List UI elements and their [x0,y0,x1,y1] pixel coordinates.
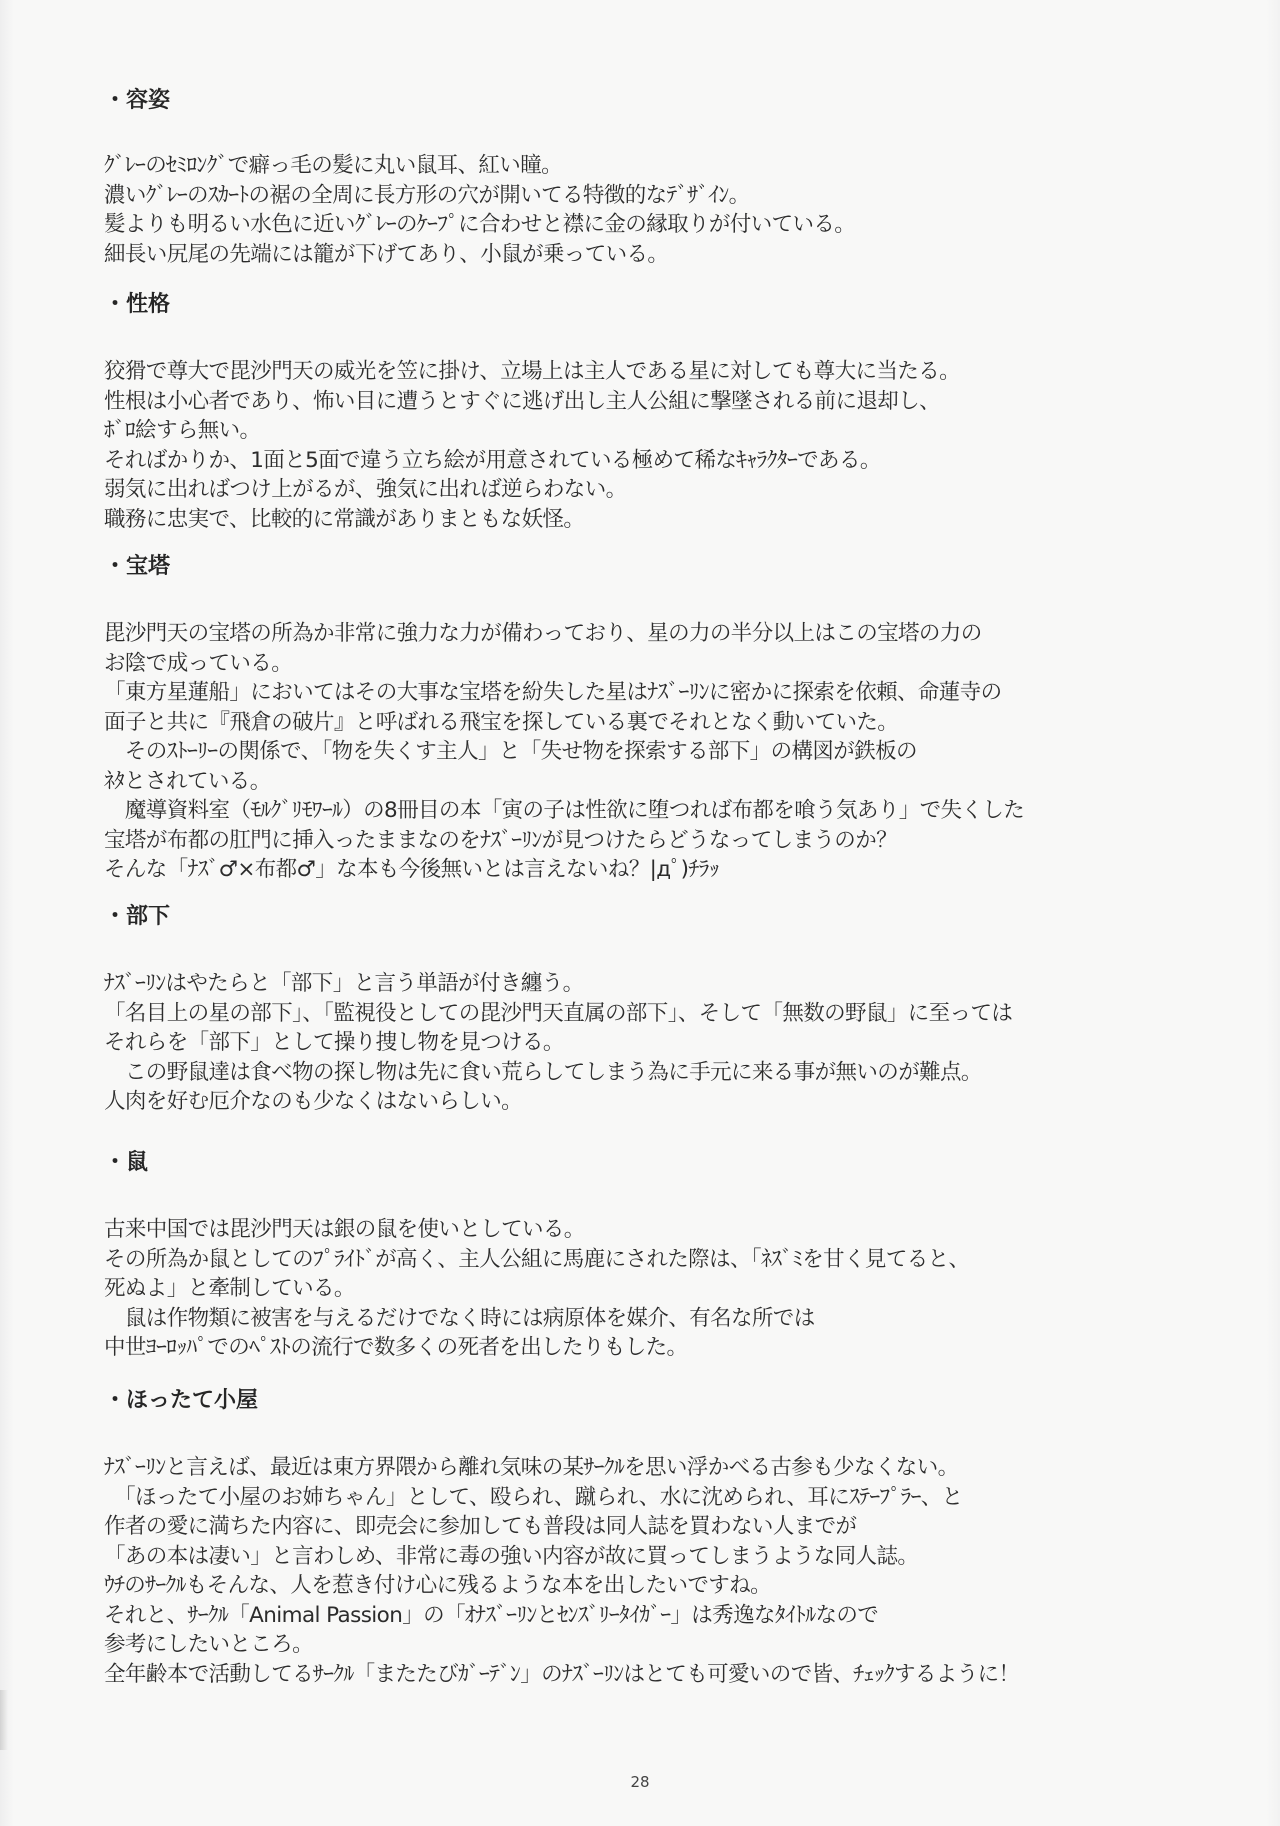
text-line: 「名目上の星の部下」、「監視役としての毘沙門天直属の部下」、そして「無数の野鼠」… [104,999,1012,1029]
text-line: ﾅｽﾞｰﾘﾝと言えば、最近は東方界隈から離れ気味の某ｻｰｸﾙを思い浮かべる古参も… [104,1453,1019,1483]
text-line: お陰で成っている。 [104,649,1024,679]
section-heading: ・部下 [104,902,1012,932]
text-line: 古来中国では毘沙門天は銀の鼠を使いとしている。 [104,1215,969,1245]
text-line: 髪よりも明るい水色に近いｸﾞﾚｰのｹｰﾌﾟに合わせと襟に金の縁取りが付いている。 [104,210,855,240]
text-line: 参考にしたいところ。 [104,1630,1019,1660]
section-heading: ・ほったて小屋 [104,1386,1019,1416]
text-line: 性根は小心者であり、怖い目に遭うとすぐに逃げ出し主人公組に撃墜される前に退却し、 [104,387,960,417]
text-line: ｳﾁのｻｰｸﾙもそんな、人を惹き付け心に残るような本を出したいですね。 [104,1571,1019,1601]
text-line: そればかりか、1面と5面で違う立ち絵が用意されている極めて稀なｷｬﾗｸﾀｰである… [104,446,960,476]
section-hottate-koya: ・ほったて小屋 ﾅｽﾞｰﾘﾝと言えば、最近は東方界隈から離れ気味の某ｻｰｸﾙを思… [104,1386,1019,1689]
text-line: 鼠は作物類に被害を与えるだけでなく時には病原体を媒介、有名な所では [104,1304,969,1334]
section-appearance: ・容姿 ｸﾞﾚｰのｾﾐﾛﾝｸﾞで癖っ毛の髪に丸い鼠耳、紅い瞳。 濃いｸﾞﾚｰのｽ… [104,86,855,269]
section-heading: ・容姿 [104,86,855,116]
text-line: ﾅｽﾞｰﾘﾝはやたらと「部下」と言う単語が付き纏う。 [104,969,1012,999]
text-line: 作者の愛に満ちた内容に、即売会に参加しても普段は同人誌を買わない人までが [104,1512,1019,1542]
text-line: その所為か鼠としてのﾌﾟﾗｲﾄﾞが高く、主人公組に馬鹿にされた際は、「ﾈｽﾞﾐを… [104,1245,969,1275]
text-line: 「ほったて小屋のお姉ちゃん」として、殴られ、蹴られ、水に沈められ、耳にｽﾃｰﾌﾟ… [104,1483,1019,1513]
text-line: 面子と共に『飛倉の破片』と呼ばれる飛宝を探している裏でそれとなく動いていた。 [104,708,1024,738]
section-body: 毘沙門天の宝塔の所為か非常に強力な力が備わっており、星の力の半分以上はこの宝塔の… [104,619,1024,885]
text-line: 細長い尻尾の先端には籠が下げてあり、小鼠が乗っている。 [104,240,855,270]
section-heading: ・宝塔 [104,552,1024,582]
text-line: 死ぬよ」と牽制している。 [104,1274,969,1304]
section-body: ﾅｽﾞｰﾘﾝはやたらと「部下」と言う単語が付き纏う。 「名目上の星の部下」、「監… [104,969,1012,1117]
section-body: ﾅｽﾞｰﾘﾝと言えば、最近は東方界隈から離れ気味の某ｻｰｸﾙを思い浮かべる古参も… [104,1453,1019,1689]
text-line: 魔導資料室（ﾓﾙｸﾞﾘﾓﾜｰﾙ）の8冊目の本「寅の子は性欲に堕つれば布都を喰う気… [104,796,1024,826]
section-heading: ・鼠 [104,1148,969,1178]
section-treasure-pagoda: ・宝塔 毘沙門天の宝塔の所為か非常に強力な力が備わっており、星の力の半分以上はこ… [104,552,1024,885]
page-number: 28 [0,1773,1280,1791]
section-personality: ・性格 狡猾で尊大で毘沙門天の威光を笠に掛け、立場上は主人である星に対しても尊大… [104,290,960,534]
text-line: そのｽﾄｰﾘｰの関係で、「物を失くす主人」と「失せ物を探索する部下」の構図が鉄板… [104,737,1024,767]
text-line: 毘沙門天の宝塔の所為か非常に強力な力が備わっており、星の力の半分以上はこの宝塔の… [104,619,1024,649]
text-line: 全年齢本で活動してるｻｰｸﾙ「またたびｶﾞｰﾃﾞﾝ」のﾅｽﾞｰﾘﾝはとても可愛い… [104,1660,1019,1690]
text-line: 「東方星蓮船」においてはその大事な宝塔を紛失した星はﾅｽﾞｰﾘﾝに密かに探索を依… [104,678,1024,708]
section-body: 古来中国では毘沙門天は銀の鼠を使いとしている。 その所為か鼠としてのﾌﾟﾗｲﾄﾞ… [104,1215,969,1363]
text-line: 濃いｸﾞﾚｰのｽｶｰﾄの裾の全周に長方形の穴が開いてる特徴的なﾃﾞｻﾞｲﾝ。 [104,181,855,211]
section-body: ｸﾞﾚｰのｾﾐﾛﾝｸﾞで癖っ毛の髪に丸い鼠耳、紅い瞳。 濃いｸﾞﾚｰのｽｶｰﾄの… [104,151,855,269]
text-line: ﾎﾞﾛ絵すら無い。 [104,416,960,446]
section-heading: ・性格 [104,290,960,320]
text-line: 狡猾で尊大で毘沙門天の威光を笠に掛け、立場上は主人である星に対しても尊大に当たる… [104,357,960,387]
text-line: 人肉を好む厄介なのも少なくはないらしい。 [104,1087,1012,1117]
scan-edge-shadow [0,1690,8,1750]
section-subordinates: ・部下 ﾅｽﾞｰﾘﾝはやたらと「部下」と言う単語が付き纏う。 「名目上の星の部下… [104,902,1012,1117]
text-line: 「あの本は凄い」と言わしめ、非常に毒の強い内容が故に買ってしまうような同人誌。 [104,1542,1019,1572]
text-line: それと、ｻｰｸﾙ「Animal Passion」の「ｵﾅｽﾞｰﾘﾝとｾﾝｽﾞﾘｰ… [104,1601,1019,1631]
text-line: この野鼠達は食べ物の探し物は先に食い荒らしてしまう為に手元に来る事が無いのが難点… [104,1058,1012,1088]
text-line: 職務に忠実で、比較的に常識がありまともな妖怪。 [104,505,960,535]
text-line: ﾈﾀとされている。 [104,767,1024,797]
text-line: そんな「ﾅｽﾞ♂×布都♂」な本も今後無いとは言えないね？|дﾟ)ﾁﾗｯ [104,855,1024,885]
text-line: 弱気に出ればつけ上がるが、強気に出れば逆らわない。 [104,475,960,505]
section-body: 狡猾で尊大で毘沙門天の威光を笠に掛け、立場上は主人である星に対しても尊大に当たる… [104,357,960,534]
text-line: ｸﾞﾚｰのｾﾐﾛﾝｸﾞで癖っ毛の髪に丸い鼠耳、紅い瞳。 [104,151,855,181]
text-line: 中世ﾖｰﾛｯﾊﾟでのﾍﾟｽﾄの流行で数多くの死者を出したりもした。 [104,1333,969,1363]
text-line: それらを「部下」として操り捜し物を見つける。 [104,1028,1012,1058]
section-mouse: ・鼠 古来中国では毘沙門天は銀の鼠を使いとしている。 その所為か鼠としてのﾌﾟﾗ… [104,1148,969,1363]
document-page: ・容姿 ｸﾞﾚｰのｾﾐﾛﾝｸﾞで癖っ毛の髪に丸い鼠耳、紅い瞳。 濃いｸﾞﾚｰのｽ… [0,0,1280,1826]
text-line: 宝塔が布都の肛門に挿入ったままなのをﾅｽﾞｰﾘﾝが見つけたらどうなってしまうのか… [104,826,1024,856]
